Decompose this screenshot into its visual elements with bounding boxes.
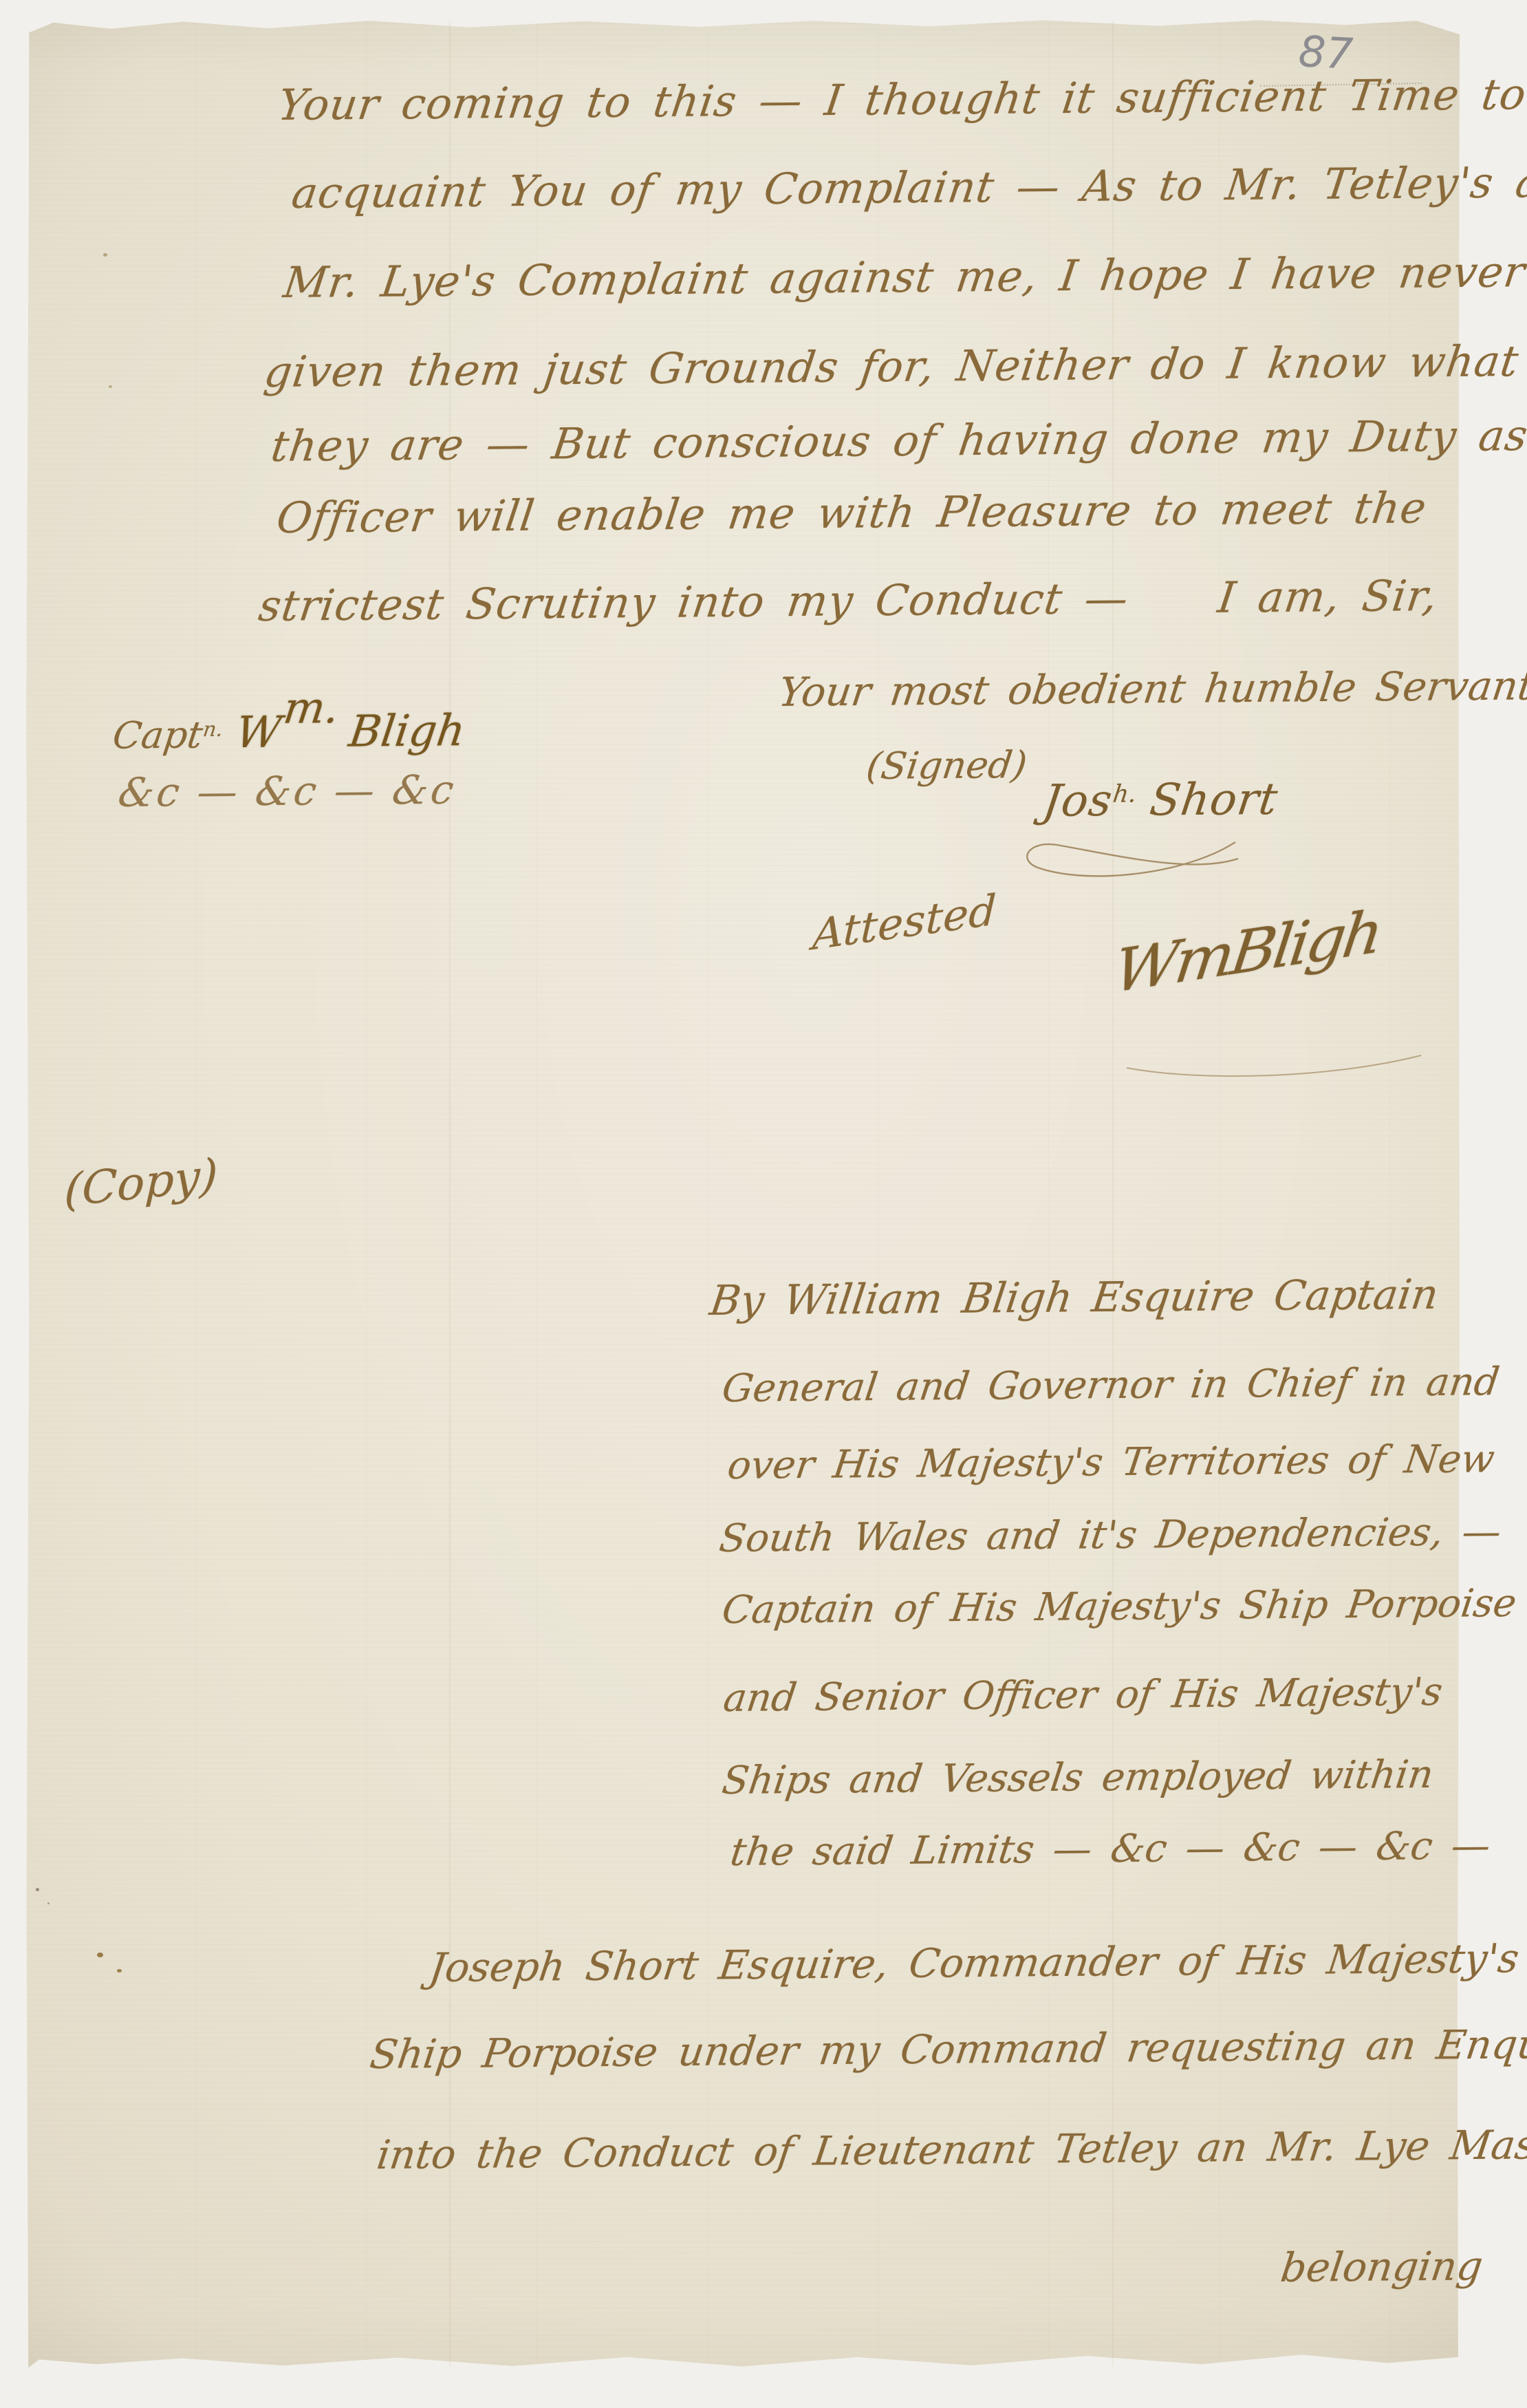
commission-line-1: By William Bligh Esquire Captain bbox=[707, 1271, 1441, 1325]
signed-label: (Signed) bbox=[864, 743, 1030, 788]
scanned-manuscript-page: 87 Your coming to this — I thought it su… bbox=[0, 0, 1527, 2408]
addressee: Captn. Wm. Bligh bbox=[110, 682, 471, 759]
letter-line-6: Officer will enable me with Pleasure to … bbox=[274, 482, 1430, 543]
margin-ink-dots bbox=[36, 1888, 39, 1891]
commission-line-6: and Senior Officer of His Majesty's bbox=[721, 1670, 1445, 1721]
request-line-2: Ship Porpoise under my Command requestin… bbox=[367, 2020, 1527, 2078]
ink-fleck bbox=[109, 385, 112, 388]
request-line-3: into the Conduct of Lieutenant Tetley an… bbox=[374, 2121, 1527, 2178]
addressee-given: W bbox=[219, 707, 285, 758]
letter-line-2: acquaint You of my Complaint — As to Mr.… bbox=[289, 156, 1527, 218]
addressee-given-superscript: m. bbox=[281, 682, 342, 733]
letter-line-7: strictest Scrutiny into my Conduct — I a… bbox=[256, 570, 1441, 631]
addressee-etcetera: &c — &c — &c bbox=[116, 766, 459, 816]
commission-line-2: General and Governor in Chief in and bbox=[719, 1359, 1502, 1411]
closing-compliment: Your most obedient humble Servant bbox=[776, 662, 1527, 716]
commission-line-3: over His Majesty's Territories of New bbox=[725, 1437, 1497, 1488]
addressee-surname: Bligh bbox=[332, 705, 468, 757]
ink-fleck bbox=[117, 1969, 122, 1972]
ink-fleck bbox=[103, 253, 107, 257]
request-line-1: Joseph Short Esquire, Commander of His M… bbox=[426, 1935, 1521, 1991]
catchword-belonging: belonging bbox=[1278, 2242, 1486, 2291]
commission-line-7: Ships and Vessels employed within bbox=[719, 1752, 1436, 1803]
short-signature-last: Short bbox=[1132, 774, 1281, 826]
commission-line-5: Captain of His Majesty's Ship Porpoise bbox=[719, 1581, 1519, 1633]
short-signature: Josh. Short bbox=[1040, 774, 1281, 827]
commission-line-8: the said Limits — &c — &c — &c — bbox=[728, 1823, 1493, 1875]
addressee-title: Capt bbox=[110, 713, 205, 757]
commission-line-4: South Wales and it's Dependencies, — bbox=[717, 1509, 1504, 1561]
short-signature-first: Jos bbox=[1040, 775, 1116, 827]
short-signature-superscript: h. bbox=[1112, 780, 1138, 808]
ink-fleck bbox=[97, 1953, 103, 1957]
